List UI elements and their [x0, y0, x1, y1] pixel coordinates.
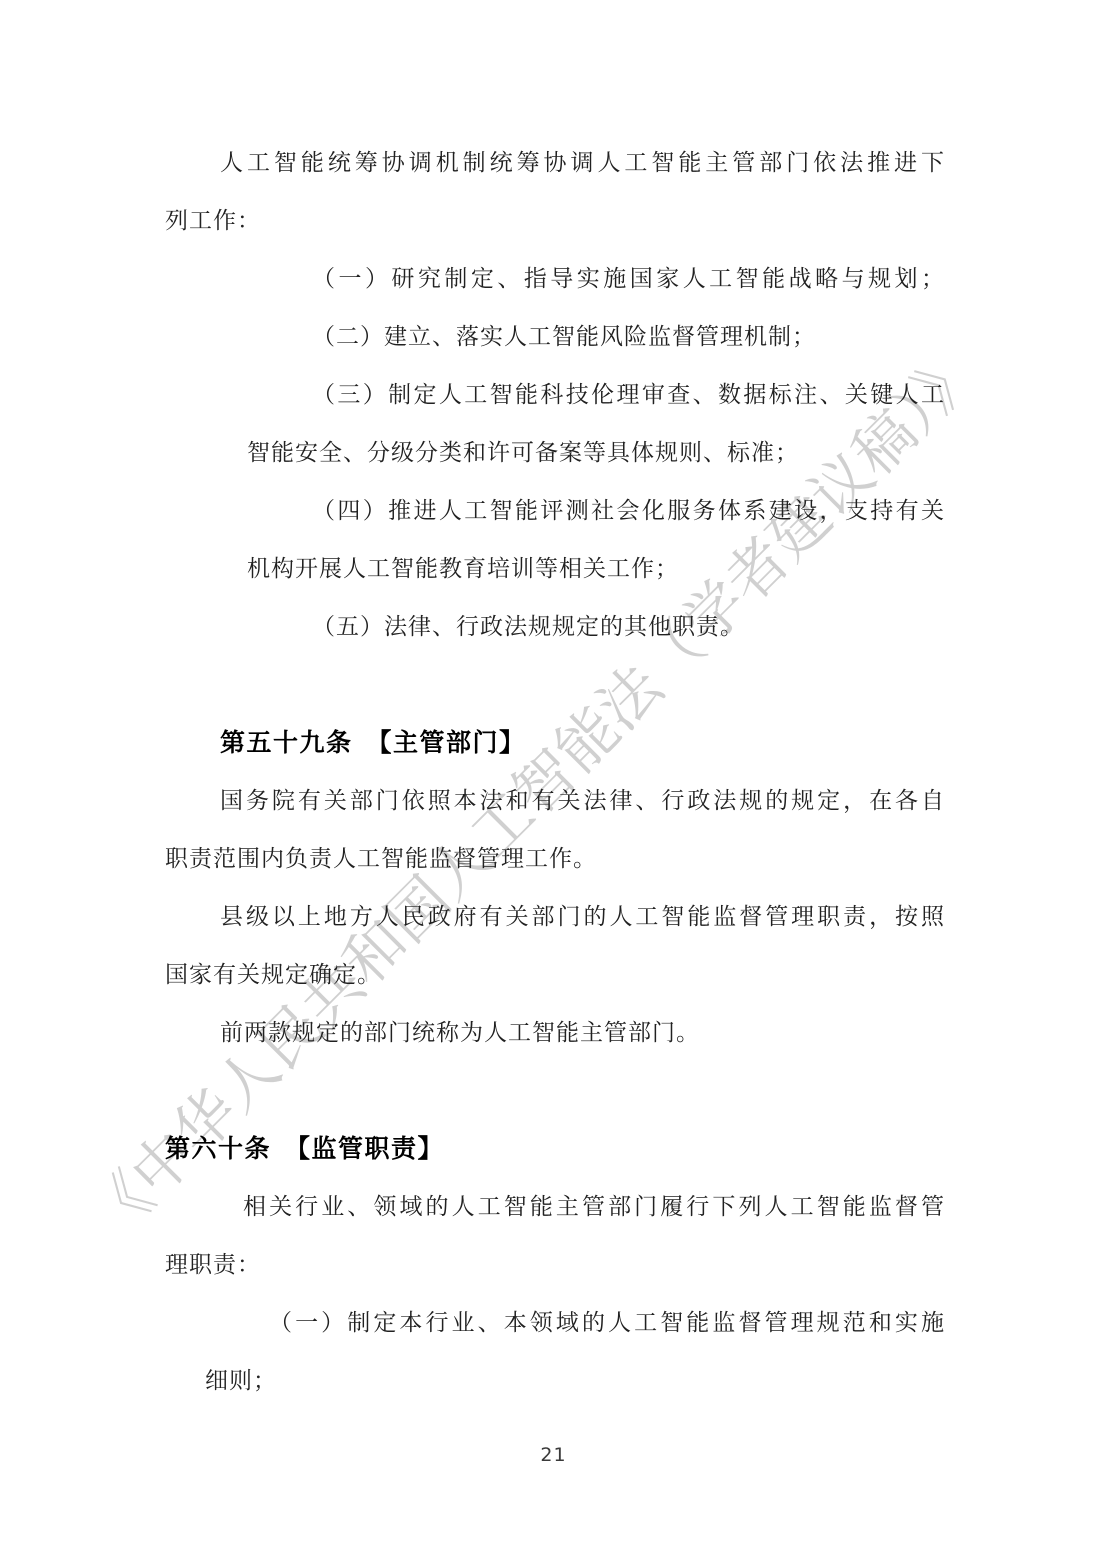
article-60-heading: 第六十条 【监管职责】 [165, 1120, 945, 1178]
para-intro-line-1: 人工智能统筹协调机制统筹协调人工智能主管部门依法推进下 [220, 134, 945, 192]
art60-para1-line-1: 相关行业、领域的人工智能主管部门履行下列人工智能监督管 [243, 1178, 945, 1236]
list-item-5: （五）法律、行政法规规定的其他职责。 [312, 598, 945, 656]
blank-line [165, 656, 945, 714]
art59-para1-line-1: 国务院有关部门依照本法和有关法律、行政法规的规定，在各自 [220, 772, 945, 830]
list-item-3-line-2: 智能安全、分级分类和许可备案等具体规则、标准； [247, 424, 945, 482]
art59-para2-line-2: 国家有关规定确定。 [165, 946, 945, 1004]
para-intro-line-2: 列工作： [165, 192, 945, 250]
list-item-4-line-2: 机构开展人工智能教育培训等相关工作； [247, 540, 945, 598]
art60-item-1-line-1: （一）制定本行业、本领域的人工智能监督管理规范和实施 [269, 1294, 945, 1352]
art59-para3: 前两款规定的部门统称为人工智能主管部门。 [220, 1004, 945, 1062]
art60-item-1-line-2: 细则； [205, 1352, 945, 1410]
article-59-heading: 第五十九条 【主管部门】 [220, 714, 945, 772]
page-number: 21 [0, 1440, 1107, 1470]
art59-para1-line-2: 职责范围内负责人工智能监督管理工作。 [165, 830, 945, 888]
list-item-3-line-1: （三）制定人工智能科技伦理审查、数据标注、关键人工 [312, 366, 945, 424]
art59-para2-line-1: 县级以上地方人民政府有关部门的人工智能监督管理职责，按照 [220, 888, 945, 946]
blank-line [165, 1062, 945, 1120]
list-item-4-line-1: （四）推进人工智能评测社会化服务体系建设，支持有关 [312, 482, 945, 540]
list-item-2: （二）建立、落实人工智能风险监督管理机制； [312, 308, 945, 366]
list-item-1: （一）研究制定、指导实施国家人工智能战略与规划； [312, 250, 945, 308]
document-page: 《中华人民共和国人工智能法（学者建议稿）》 人工智能统筹协调机制统筹协调人工智能… [0, 0, 1107, 1565]
document-body: 人工智能统筹协调机制统筹协调人工智能主管部门依法推进下 列工作： （一）研究制定… [165, 134, 945, 1410]
art60-para1-line-2: 理职责： [165, 1236, 945, 1294]
